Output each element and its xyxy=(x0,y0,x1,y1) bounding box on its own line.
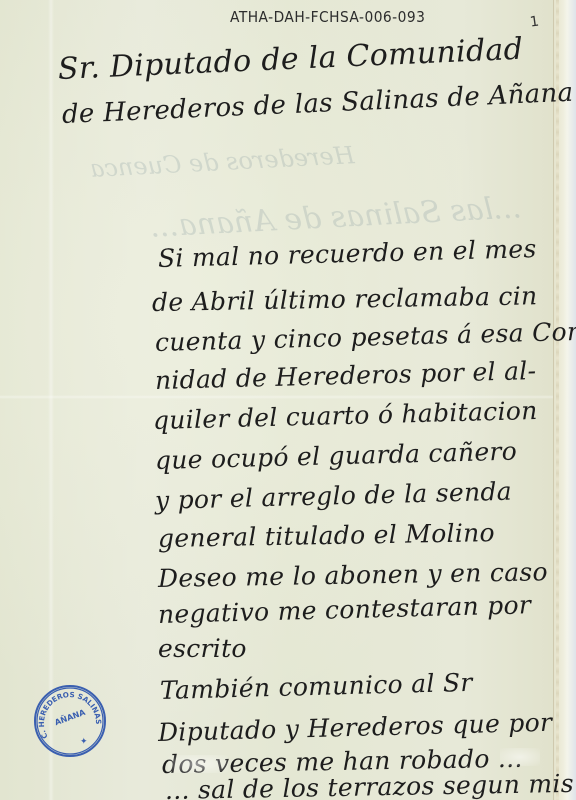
body-line-5: quiler del cuarto ó habitacion xyxy=(153,396,538,435)
body-line-6: que ocupó el guarda cañero xyxy=(155,437,518,475)
ink-smudge xyxy=(500,748,540,766)
addressee-line-2: de Herederos de las Salinas de Añana xyxy=(61,78,574,130)
body-line-4: nidad de Herederos por el al- xyxy=(155,356,537,395)
body-line-7: y por el arreglo de la senda xyxy=(155,477,513,515)
body-line-2: de Abril último reclamaba cin xyxy=(152,281,538,317)
bleed-through-text: Herederos de Cuenca xyxy=(89,141,355,183)
paper-fold-vertical xyxy=(48,0,54,800)
star-icon: ✦ xyxy=(80,737,88,747)
body-line-9: Deseo me lo abonen y en caso xyxy=(158,557,548,593)
torn-right-edge xyxy=(553,0,576,800)
archive-stamp: C. HEREDEROS SALINAS AÑANA ✦ xyxy=(34,685,106,757)
body-line-12: También comunico al Sr xyxy=(160,668,473,705)
body-line-11: escrito xyxy=(158,634,247,663)
page-number: 1 xyxy=(529,13,540,30)
body-line-8: general titulado el Molino xyxy=(158,518,495,553)
document-page: ATHA-DAH-FCHSA-006-093 1 Sr. Diputado de… xyxy=(0,0,576,800)
body-line-10: negativo me contestaran por xyxy=(158,590,532,629)
addressee-line-1: Sr. Diputado de la Comunidad xyxy=(57,32,524,87)
archive-code: ATHA-DAH-FCHSA-006-093 xyxy=(230,8,425,26)
ink-smudge xyxy=(168,755,228,773)
body-line-3: cuenta y cinco pesetas á esa Comu xyxy=(155,316,576,357)
body-line-13: Diputado y Herederos que por xyxy=(158,708,553,747)
